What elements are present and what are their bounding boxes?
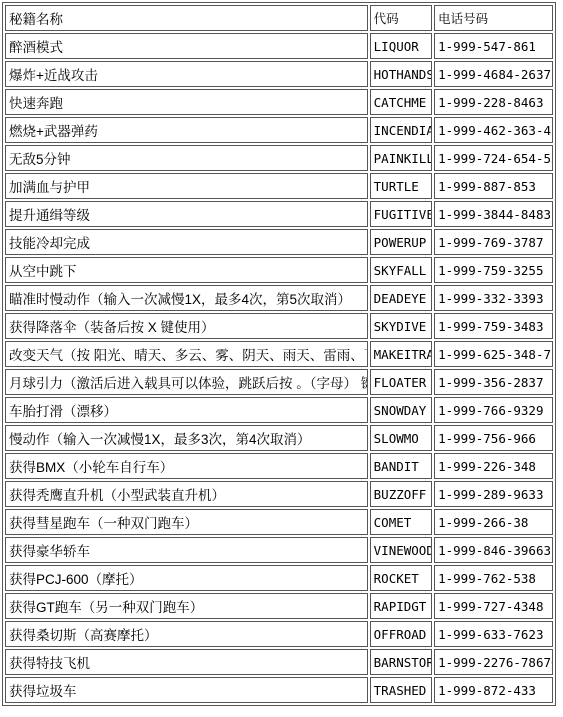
header-row: 秘籍名称 代码 电话号码 (5, 5, 553, 31)
table-row: 慢动作（输入一次减慢1X，最多3次，第4次取消） SLOWMO 1-999-75… (5, 425, 553, 451)
cheat-name-cell: 获得垃圾车 (5, 677, 368, 703)
table-row: 无敌5分钟 PAINKILLER 1-999-724-654-5537 (5, 145, 553, 171)
phone-number-cell: 1-999-759-3255 (434, 257, 553, 283)
cheat-code-cell: FUGITIVE (370, 201, 432, 227)
table-row: 获得桑切斯（高赛摩托） OFFROAD 1-999-633-7623 (5, 621, 553, 647)
column-header-phone-number: 电话号码 (434, 5, 553, 31)
phone-number-cell: 1-999-547-861 (434, 33, 553, 59)
phone-number-cell: 1-999-2276-78676 (434, 649, 553, 675)
table-row: 从空中跳下 SKYFALL 1-999-759-3255 (5, 257, 553, 283)
phone-number-cell: 1-999-766-9329 (434, 397, 553, 423)
cheat-name-cell: 获得豪华轿车 (5, 537, 368, 563)
phone-number-cell: 1-999-228-8463 (434, 89, 553, 115)
table-row: 技能冷却完成 POWERUP 1-999-769-3787 (5, 229, 553, 255)
cheat-code-cell: TURTLE (370, 173, 432, 199)
table-row: 获得垃圾车 TRASHED 1-999-872-433 (5, 677, 553, 703)
cheat-name-cell: 燃烧+武器弹药 (5, 117, 368, 143)
table-row: 获得彗星跑车（一种双门跑车） COMET 1-999-266-38 (5, 509, 553, 535)
phone-number-cell: 1-999-289-9633 (434, 481, 553, 507)
table-row: 获得GT跑车（另一种双门跑车） RAPIDGT 1-999-727-4348 (5, 593, 553, 619)
cheat-name-cell: 获得BMX（小轮车自行车） (5, 453, 368, 479)
table-row: 快速奔跑 CATCHME 1-999-228-8463 (5, 89, 553, 115)
cheat-code-cell: RAPIDGT (370, 593, 432, 619)
phone-number-cell: 1-999-759-3483 (434, 313, 553, 339)
table-row: 获得秃鹰直升机（小型武装直升机） BUZZOFF 1-999-289-9633 (5, 481, 553, 507)
cheat-code-cell: BANDIT (370, 453, 432, 479)
cheat-code-cell: SLOWMO (370, 425, 432, 451)
phone-number-cell: 1-999-769-3787 (434, 229, 553, 255)
cheat-code-cell: LIQUOR (370, 33, 432, 59)
table-row: 获得特技飞机 BARNSTORM 1-999-2276-78676 (5, 649, 553, 675)
page-content: 秘籍名称 代码 电话号码 醉酒模式 LIQUOR 1-999-547-861 爆… (0, 0, 563, 706)
cheat-name-cell: 车胎打滑（漂移） (5, 397, 368, 423)
cheat-name-cell: 爆炸+近战攻击 (5, 61, 368, 87)
cheat-name-cell: 获得桑切斯（高赛摩托） (5, 621, 368, 647)
table-row: 加满血与护甲 TURTLE 1-999-887-853 (5, 173, 553, 199)
cheat-code-cell: VINEWOOD (370, 537, 432, 563)
cheat-code-cell: CATCHME (370, 89, 432, 115)
table-row: 改变天气（按 阳光、晴天、多云、雾、阴天、雨天、雷雨、下雪） MAKEITRAI… (5, 341, 553, 367)
table-row: 瞄准时慢动作（输入一次减慢1X，最多4次，第5次取消） DEADEYE 1-99… (5, 285, 553, 311)
phone-number-cell: 1-999-4684-2637 (434, 61, 553, 87)
cheat-code-cell: ROCKET (370, 565, 432, 591)
table-row: 获得降落伞（装备后按 X 键使用） SKYDIVE 1-999-759-3483 (5, 313, 553, 339)
phone-number-cell: 1-999-724-654-5537 (434, 145, 553, 171)
phone-number-cell: 1-999-872-433 (434, 677, 553, 703)
cheat-name-cell: 获得彗星跑车（一种双门跑车） (5, 509, 368, 535)
phone-number-cell: 1-999-226-348 (434, 453, 553, 479)
cheat-code-cell: OFFROAD (370, 621, 432, 647)
phone-number-cell: 1-999-332-3393 (434, 285, 553, 311)
cheat-name-cell: 从空中跳下 (5, 257, 368, 283)
phone-number-cell: 1-999-356-2837 (434, 369, 553, 395)
cheat-code-cell: SKYFALL (370, 257, 432, 283)
cheat-code-cell: MAKEITRAIN (370, 341, 432, 367)
cheat-name-cell: 月球引力（激活后进入载具可以体验，跳跃后按 。（字母） 键漂浮） (5, 369, 368, 395)
table-row: 车胎打滑（漂移） SNOWDAY 1-999-766-9329 (5, 397, 553, 423)
table-row: 醉酒模式 LIQUOR 1-999-547-861 (5, 33, 553, 59)
table-row: 获得豪华轿车 VINEWOOD 1-999-846-39663 (5, 537, 553, 563)
cheat-name-cell: 获得GT跑车（另一种双门跑车） (5, 593, 368, 619)
cheat-name-cell: 提升通缉等级 (5, 201, 368, 227)
cheat-code-cell: FLOATER (370, 369, 432, 395)
cheat-code-cell: HOTHANDS (370, 61, 432, 87)
cheat-code-cell: PAINKILLER (370, 145, 432, 171)
cheat-code-cell: INCENDIARY (370, 117, 432, 143)
cheat-code-cell: SNOWDAY (370, 397, 432, 423)
phone-number-cell: 1-999-727-4348 (434, 593, 553, 619)
table-row: 提升通缉等级 FUGITIVE 1-999-3844-8483 (5, 201, 553, 227)
table-body: 醉酒模式 LIQUOR 1-999-547-861 爆炸+近战攻击 HOTHAN… (5, 33, 553, 703)
phone-number-cell: 1-999-3844-8483 (434, 201, 553, 227)
cheat-name-cell: 快速奔跑 (5, 89, 368, 115)
cheat-code-cell: BUZZOFF (370, 481, 432, 507)
phone-number-cell: 1-999-846-39663 (434, 537, 553, 563)
table-row: 燃烧+武器弹药 INCENDIARY 1-999-462-363-4279 (5, 117, 553, 143)
table-row: 爆炸+近战攻击 HOTHANDS 1-999-4684-2637 (5, 61, 553, 87)
cheat-name-cell: 获得降落伞（装备后按 X 键使用） (5, 313, 368, 339)
cheat-name-cell: 技能冷却完成 (5, 229, 368, 255)
cheat-name-cell: 无敌5分钟 (5, 145, 368, 171)
phone-number-cell: 1-999-633-7623 (434, 621, 553, 647)
table-row: 获得BMX（小轮车自行车） BANDIT 1-999-226-348 (5, 453, 553, 479)
table-row: 获得PCJ-600（摩托） ROCKET 1-999-762-538 (5, 565, 553, 591)
cheat-name-cell: 瞄准时慢动作（输入一次减慢1X，最多4次，第5次取消） (5, 285, 368, 311)
cheat-code-cell: TRASHED (370, 677, 432, 703)
cheat-name-cell: 醉酒模式 (5, 33, 368, 59)
column-header-cheat-name: 秘籍名称 (5, 5, 368, 31)
phone-number-cell: 1-999-625-348-7246 (434, 341, 553, 367)
cheat-codes-table: 秘籍名称 代码 电话号码 醉酒模式 LIQUOR 1-999-547-861 爆… (2, 2, 556, 706)
phone-number-cell: 1-999-266-38 (434, 509, 553, 535)
cheat-name-cell: 改变天气（按 阳光、晴天、多云、雾、阴天、雨天、雷雨、下雪） (5, 341, 368, 367)
phone-number-cell: 1-999-762-538 (434, 565, 553, 591)
cheat-name-cell: 加满血与护甲 (5, 173, 368, 199)
cheat-code-cell: BARNSTORM (370, 649, 432, 675)
cheat-name-cell: 获得PCJ-600（摩托） (5, 565, 368, 591)
cheat-code-cell: SKYDIVE (370, 313, 432, 339)
cheat-name-cell: 获得秃鹰直升机（小型武装直升机） (5, 481, 368, 507)
cheat-name-cell: 获得特技飞机 (5, 649, 368, 675)
column-header-code: 代码 (370, 5, 432, 31)
phone-number-cell: 1-999-887-853 (434, 173, 553, 199)
cheat-name-cell: 慢动作（输入一次减慢1X，最多3次，第4次取消） (5, 425, 368, 451)
table-row: 月球引力（激活后进入载具可以体验，跳跃后按 。（字母） 键漂浮） FLOATER… (5, 369, 553, 395)
phone-number-cell: 1-999-462-363-4279 (434, 117, 553, 143)
cheat-code-cell: COMET (370, 509, 432, 535)
cheat-code-cell: DEADEYE (370, 285, 432, 311)
phone-number-cell: 1-999-756-966 (434, 425, 553, 451)
cheat-code-cell: POWERUP (370, 229, 432, 255)
